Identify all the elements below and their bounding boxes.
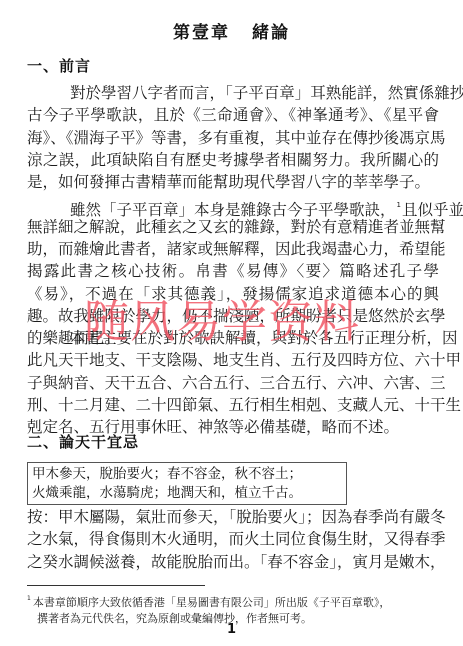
- text-line: 無詳細之解說，此種玄之又玄的雜錄，對於有意精進者並無幫: [27, 216, 439, 238]
- page-number: 1: [0, 622, 463, 637]
- preface-paragraph-1: 對於學習八字者而言，「子平百章」耳熟能詳，然實係雜抄 古今子平學歌訣，且於《三命…: [27, 82, 439, 193]
- text-line: 趣。故我雖限於學力，仍不揣淺陋，所期盼者只是悠然於玄學: [27, 305, 439, 327]
- commentary-paragraph: 按：甲木屬陽，氣壯而參天，「脫胎要火」；因為春季尚有嚴冬 之水氣，得食傷則木火通…: [27, 506, 439, 573]
- text-line: 揭露此書之核心技術。帛書《易傳》〈要〉篇略述孔子學: [27, 260, 439, 282]
- footnote-line: 1本書章節順序大致依循香港「星易圖書有限公司」所出版《子平百章歌》，: [27, 591, 447, 611]
- footnote-marker: 1: [27, 595, 31, 602]
- chapter-name: 緒論: [252, 23, 290, 43]
- text-line: 此凡天干地支、干支陰陽、地支生肖、五行及四時方位、六十甲: [27, 349, 439, 371]
- text-line: 之水氣，得食傷則木火通明，而火土同位食傷生財，又得春季: [27, 528, 439, 550]
- text-line: 古今子平學歌訣，且於《三命通會》、《神峯通考》、《星平會: [27, 104, 439, 126]
- section-heading-preface: 一、前言: [27, 55, 91, 76]
- text-line: 對於學習八字者而言，「子平百章」耳熟能詳，然實係雜抄: [27, 82, 439, 104]
- text-line: 《易》，不過在「求其德義」，發揚儒家追求道德本心的興: [27, 283, 439, 305]
- text-line: 助，而雜燴此書者，諸家或無解釋，因此我竭盡心力，希望能: [27, 238, 439, 260]
- text-line: 本書主要在於對於歌訣解讀，與對於各五行正理分析，因: [27, 327, 439, 349]
- verse-line: 火熾乘龍，水蕩騎虎；地潤天和，植立千古。: [32, 484, 342, 503]
- footnote-ref[interactable]: 1: [397, 201, 401, 209]
- chapter-number: 第壹章: [173, 23, 230, 43]
- text-line: 是，如何發揮古書精華而能幫助現代學習八字的莘莘學子。: [27, 171, 439, 193]
- text-line: 刑、十二月建、二十四節氣、五行相生相剋、支藏人元、十干生: [27, 394, 439, 416]
- verse-line: 甲木參天，脫胎要火；春不容金，秋不容土；: [32, 465, 342, 484]
- text-line: 按：甲木屬陽，氣壯而參天，「脫胎要火」；因為春季尚有嚴冬: [27, 506, 439, 528]
- text-line: 子與納音、天干五合、六合五行、三合五行、六冲、六害、三: [27, 372, 439, 394]
- footnote-divider: [27, 585, 205, 586]
- text-line: 雖然「子平百章」本身是雜錄古今子平學歌訣，1且似乎並: [27, 194, 439, 216]
- chapter-title: 第壹章緒論: [0, 18, 463, 43]
- text-line: 之癸水調候滋養，故能脫胎而出。「春不容金」，寅月是嫩木，: [27, 551, 439, 573]
- text-line: 海》、《淵海子平》等書，多有重複，其中並存在傳抄後馮京馬: [27, 127, 439, 149]
- section-heading-heavenly-stems: 二、論天干宜忌: [27, 431, 139, 452]
- text-line: 涼之誤，此項缺陷自有歷史考據學者相關努力。我所關心的: [27, 149, 439, 171]
- verse-box: 甲木參天，脫胎要火；春不容金，秋不容土； 火熾乘龍，水蕩騎虎；地潤天和，植立千古…: [27, 462, 347, 505]
- preface-paragraph-3: 本書主要在於對於歌訣解讀，與對於各五行正理分析，因 此凡天干地支、干支陰陽、地支…: [27, 327, 439, 438]
- document-page: 第壹章緒論 一、前言 對於學習八字者而言，「子平百章」耳熟能詳，然實係雜抄 古今…: [0, 0, 463, 646]
